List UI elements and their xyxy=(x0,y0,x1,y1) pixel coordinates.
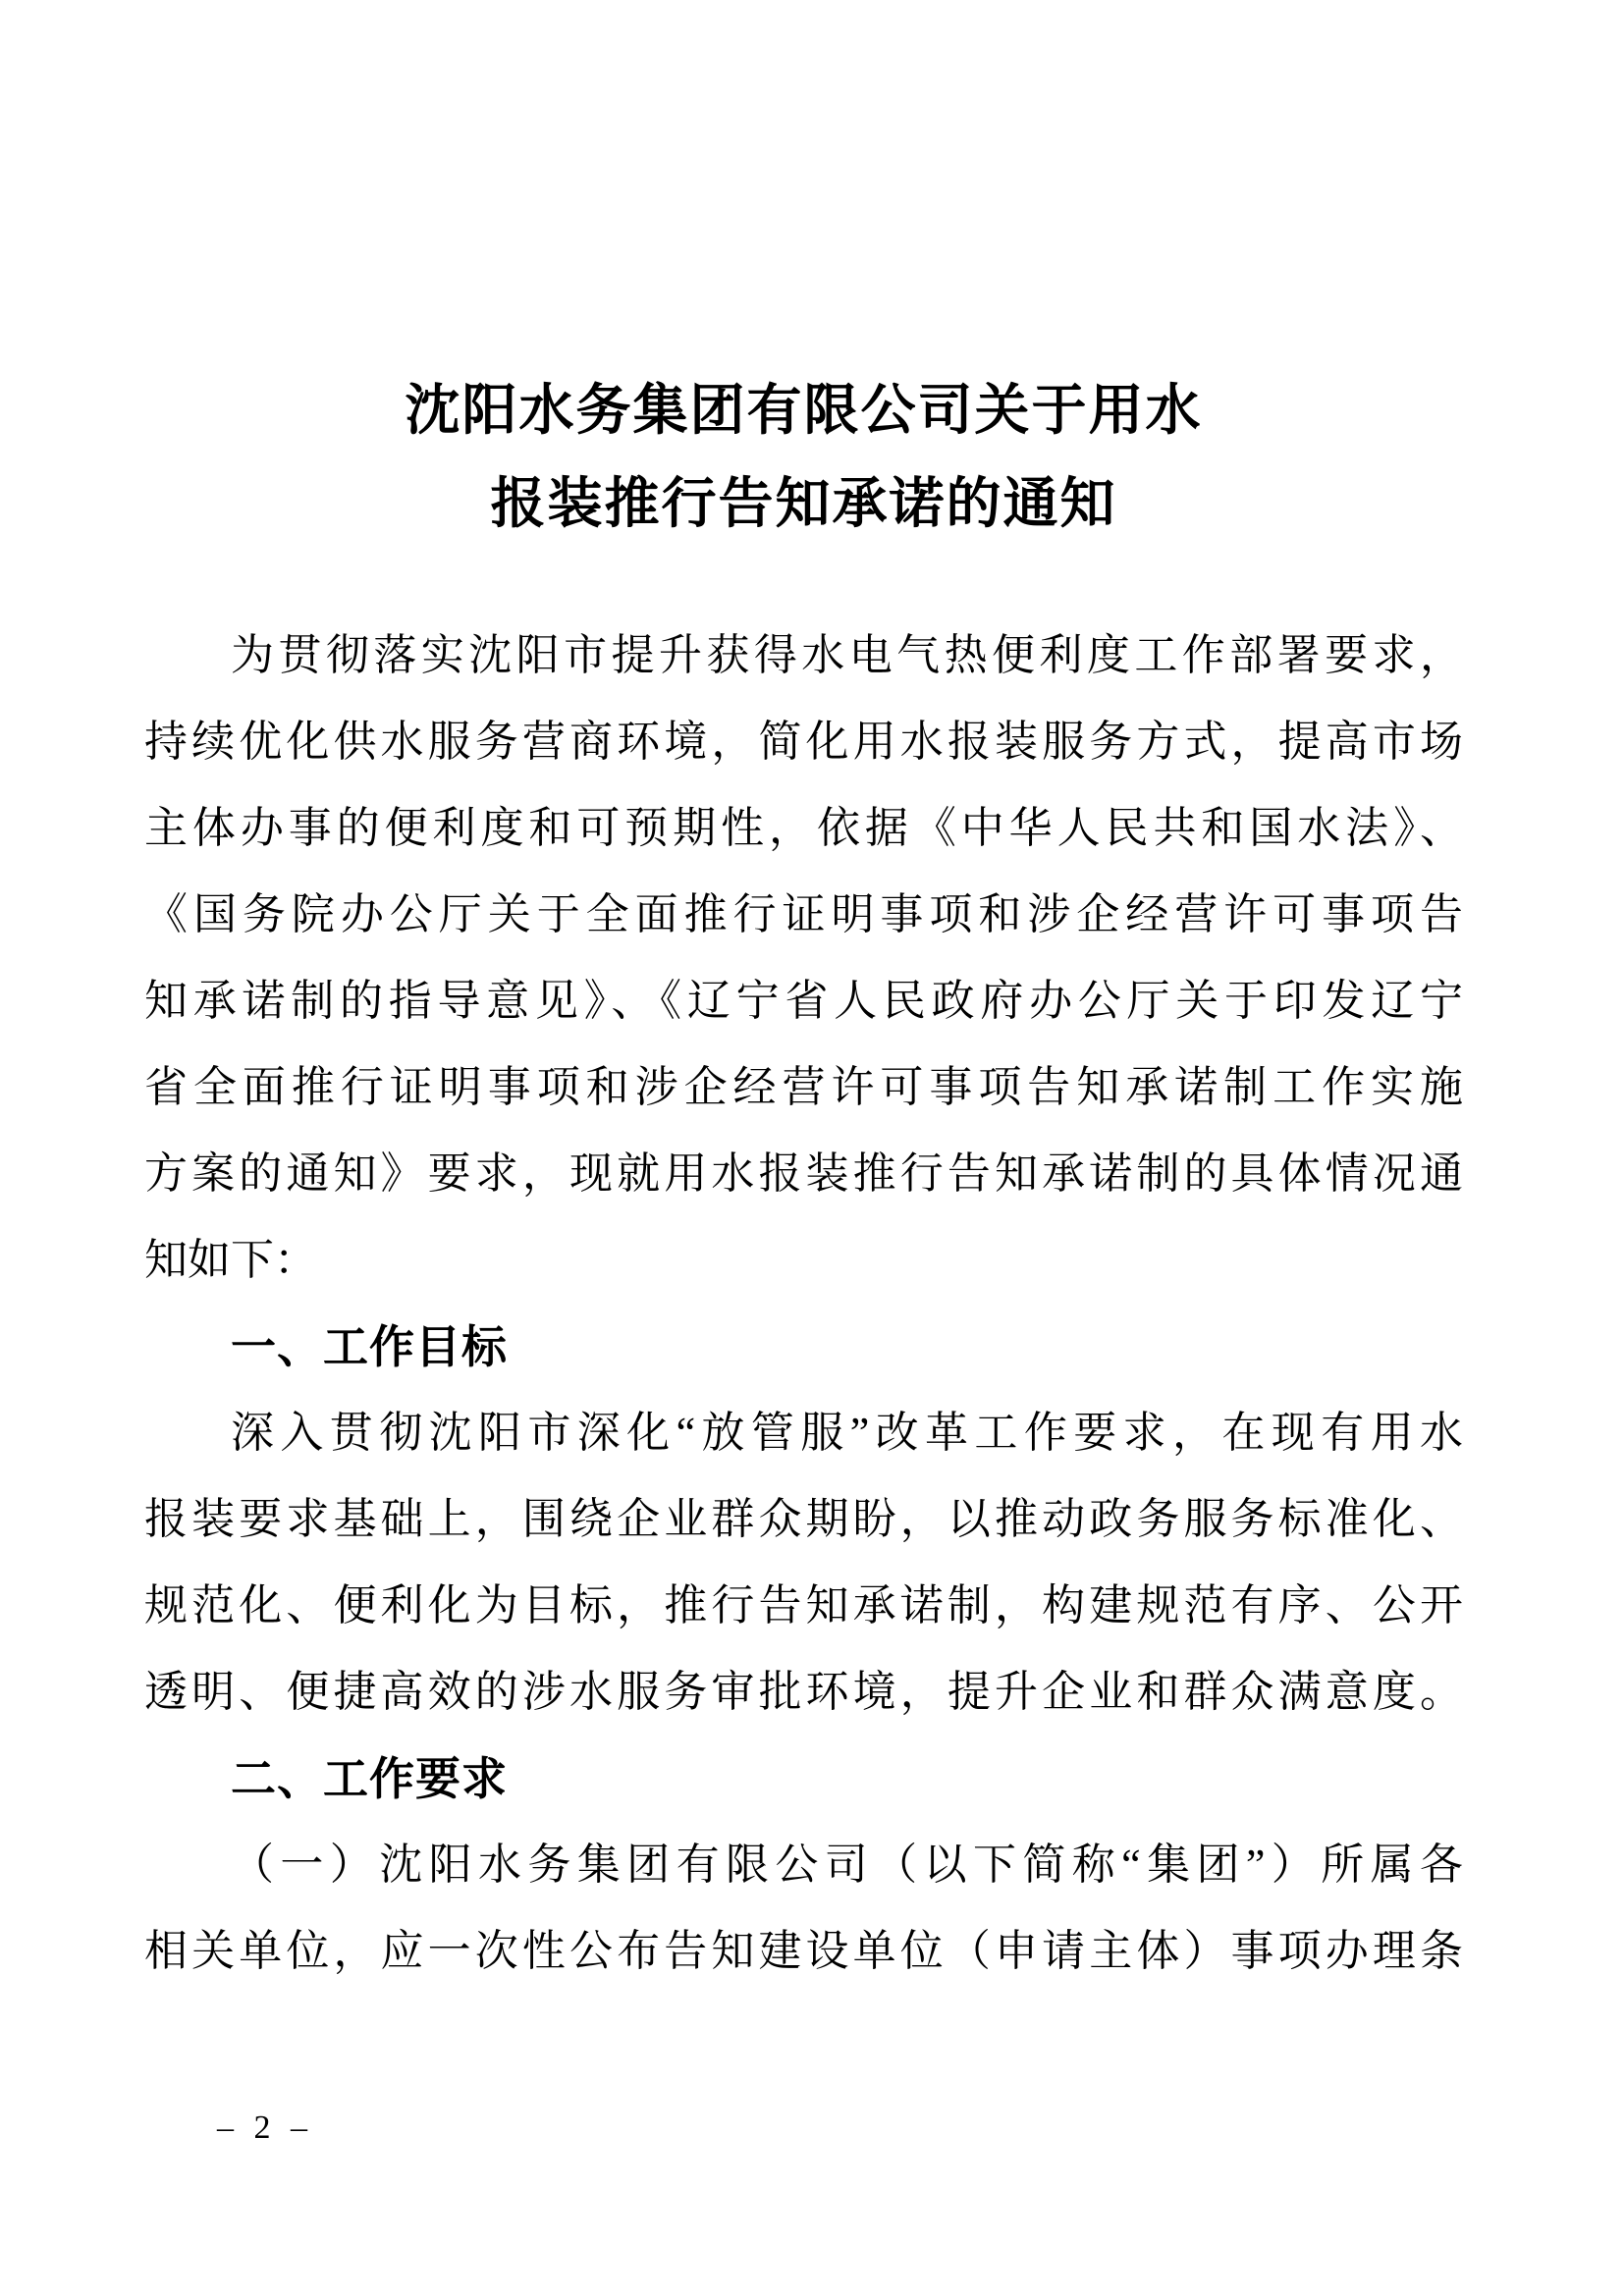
work-requirement-paragraph-line: 相关单位，应一次性公布告知建设单位（申请主体）事项办理条 xyxy=(144,1908,1463,1995)
work-goal-paragraph-line: 深入贯彻沈阳市深化“放管服”改革工作要求，在现有用水 xyxy=(144,1390,1463,1476)
work-goal-paragraph-line: 报装要求基础上，围绕企业群众期盼，以推动政务服务标准化、 xyxy=(144,1476,1463,1563)
intro-paragraph-line: 主体办事的便利度和可预期性，依据《中华人民共和国水法》、 xyxy=(144,785,1463,872)
section-heading-2: 二、工作要求 xyxy=(144,1735,1463,1822)
intro-paragraph-line: 知如下： xyxy=(144,1217,1463,1304)
document-title-line-2: 报装推行告知承诺的通知 xyxy=(144,458,1463,552)
intro-paragraph-line: 方案的通知》要求，现就用水报装推行告知承诺制的具体情况通 xyxy=(144,1131,1463,1217)
intro-paragraph-line: 持续优化供水服务营商环境，简化用水报装服务方式，提高市场 xyxy=(144,699,1463,785)
document-title: 沈阳水务集团有限公司关于用水 报装推行告知承诺的通知 xyxy=(144,365,1463,552)
document-body: 为贯彻落实沈阳市提升获得水电气热便利度工作部署要求，持续优化供水服务营商环境，简… xyxy=(144,613,1463,1995)
intro-paragraph-line: 知承诺制的指导意见》、《辽宁省人民政府办公厅关于印发辽宁 xyxy=(144,958,1463,1044)
work-goal-paragraph-line: 透明、便捷高效的涉水服务审批环境，提升企业和群众满意度。 xyxy=(144,1649,1463,1735)
intro-paragraph-line: 为贯彻落实沈阳市提升获得水电气热便利度工作部署要求， xyxy=(144,613,1463,699)
work-goal-paragraph-line: 规范化、便利化为目标，推行告知承诺制，构建规范有序、公开 xyxy=(144,1563,1463,1649)
intro-paragraph-line: 《国务院办公厅关于全面推行证明事项和涉企经营许可事项告 xyxy=(144,872,1463,958)
document-title-line-1: 沈阳水务集团有限公司关于用水 xyxy=(144,365,1463,458)
document-page: 沈阳水务集团有限公司关于用水 报装推行告知承诺的通知 为贯彻落实沈阳市提升获得水… xyxy=(0,0,1624,2296)
section-heading-1: 一、工作目标 xyxy=(144,1304,1463,1390)
page-number: – 2 – xyxy=(217,2109,313,2148)
work-requirement-paragraph-line: （一）沈阳水务集团有限公司（以下简称“集团”）所属各 xyxy=(144,1822,1463,1908)
intro-paragraph-line: 省全面推行证明事项和涉企经营许可事项告知承诺制工作实施 xyxy=(144,1044,1463,1131)
